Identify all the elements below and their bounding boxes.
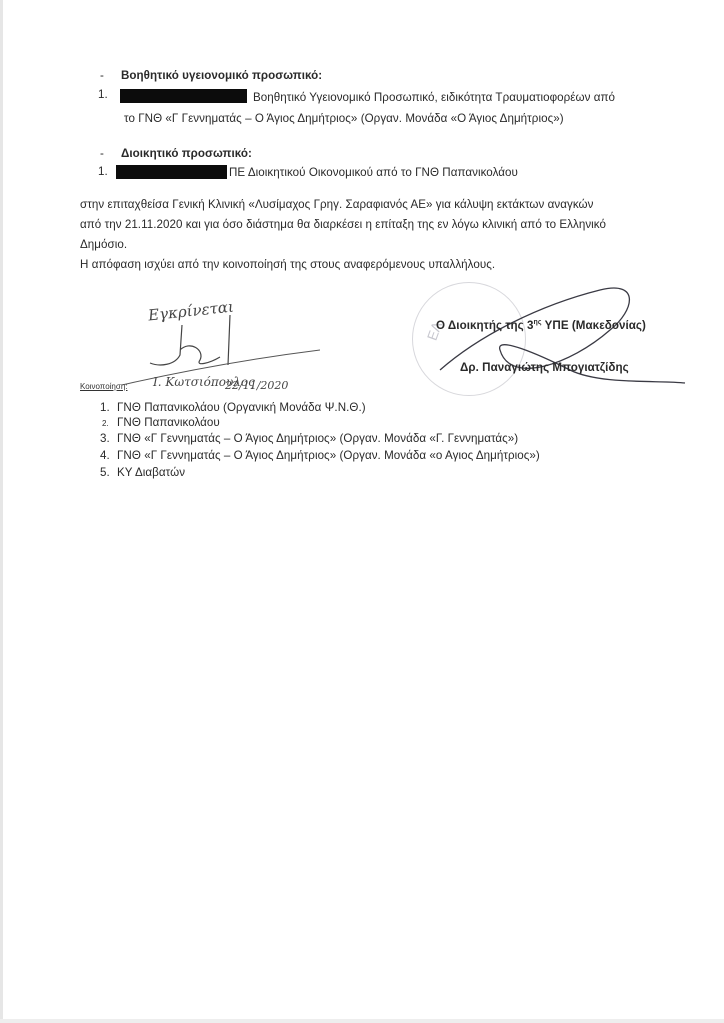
notification-item: ΓΝΘ «Γ Γεννηματάς – Ο Άγιος Δημήτριος» (…	[117, 449, 540, 462]
signatory-title: Ο Διοικητής της 3ης ΥΠΕ (Μακεδονίας)	[436, 319, 646, 332]
redacted-name	[116, 165, 227, 179]
bullet-dash: -	[100, 69, 104, 82]
bullet-dash: -	[100, 147, 104, 160]
notification-number: 2.	[102, 419, 109, 428]
body-line: Δημόσιο.	[80, 238, 127, 251]
item-number: 1.	[98, 88, 108, 101]
scan-edge-bottom	[0, 1019, 724, 1023]
body-line: στην επιταχθείσα Γενική Κλινική «Λυσίμαχ…	[80, 198, 593, 211]
section-heading-auxiliary: Βοηθητικό υγειονομικό προσωπικό:	[121, 69, 322, 82]
body-line: Η απόφαση ισχύει από την κοινοποίησή της…	[80, 258, 495, 271]
notification-item: ΓΝΘ «Γ Γεννηματάς – Ο Άγιος Δημήτριος» (…	[117, 432, 518, 445]
signature-scribble	[420, 275, 700, 395]
auxiliary-item-line1: Βοηθητικό Υγειονομικό Προσωπικό, ειδικότ…	[253, 91, 615, 104]
notification-item: ΓΝΘ Παπανικολάου (Οργανική Μονάδα Ψ.Ν.Θ.…	[117, 401, 366, 414]
notification-number: 5.	[100, 466, 110, 479]
auxiliary-item-line2: το ΓΝΘ «Γ Γεννηματάς – Ο Άγιος Δημήτριος…	[124, 112, 564, 125]
notification-label: Κοινοποίηση:	[80, 382, 128, 391]
notification-number: 1.	[100, 401, 110, 414]
section-heading-administrative: Διοικητικό προσωπικό:	[121, 147, 252, 160]
item-number: 1.	[98, 165, 108, 178]
notification-item: ΓΝΘ Παπανικολάου	[117, 416, 220, 429]
administrative-item-line1: ΠΕ Διοικητικού Οικονομικού από το ΓΝΘ Πα…	[229, 166, 518, 179]
scan-edge	[0, 0, 3, 1023]
document-page: - Βοηθητικό υγειονομικό προσωπικό: 1. Βο…	[0, 0, 724, 1023]
notification-number: 4.	[100, 449, 110, 462]
handwritten-date: 22/11/2020	[225, 379, 288, 392]
notification-number: 3.	[100, 432, 110, 445]
notification-item: ΚΥ Διαβατών	[117, 466, 185, 479]
redacted-name	[120, 89, 247, 103]
signatory-name: Δρ. Παναγιώτης Μπογιατζίδης	[460, 361, 629, 374]
body-line: από την 21.11.2020 και για όσο διάστημα …	[80, 218, 606, 231]
approval-signature-scribble	[120, 305, 320, 385]
